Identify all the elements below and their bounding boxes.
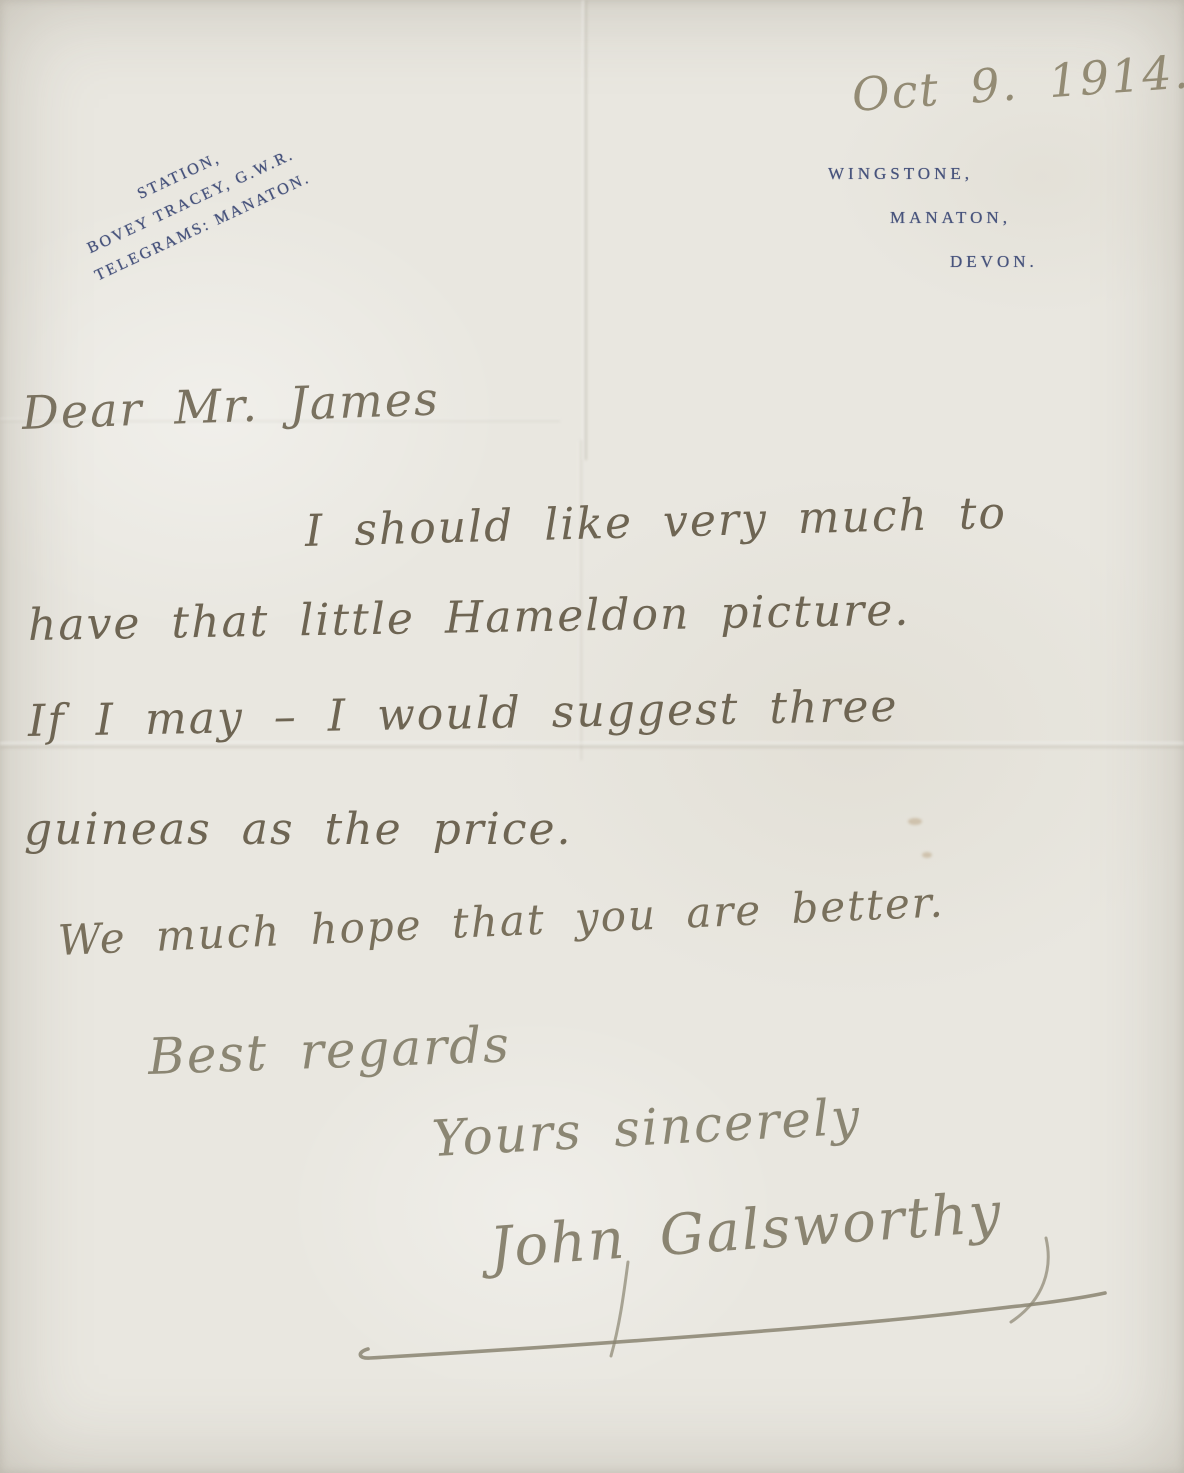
address-line: DEVON. [950,240,1038,284]
body-line: I should like very much to [304,488,1007,557]
vertical-fold-crease [582,0,587,460]
address-line: MANATON, [890,196,1038,240]
letter-paper: STATION, BOVEY TRACEY, G.W.R. TELEGRAMS:… [0,0,1184,1473]
body-line: We much hope that you are better. [57,877,946,965]
body-line: If I may – I would suggest three [28,681,899,747]
valediction-line: Yours sincerely [430,1088,862,1168]
closing-line: Best regards [147,1015,512,1086]
handwritten-date: Oct 9. 1914. [850,44,1184,122]
signature: John Galsworthy [488,1180,1005,1281]
address-line: WINGSTONE, [828,152,1038,196]
station-stamp: STATION, BOVEY TRACEY, G.W.R. TELEGRAMS:… [42,103,340,302]
paper-stain [908,818,922,825]
paper-stain [922,852,932,858]
body-line: guineas as the price. [24,804,573,855]
letterhead-address: WINGSTONE, MANATON, DEVON. [828,152,1038,284]
body-line: have that little Hameldon picture. [28,585,911,651]
salutation: Dear Mr. James [21,371,440,440]
